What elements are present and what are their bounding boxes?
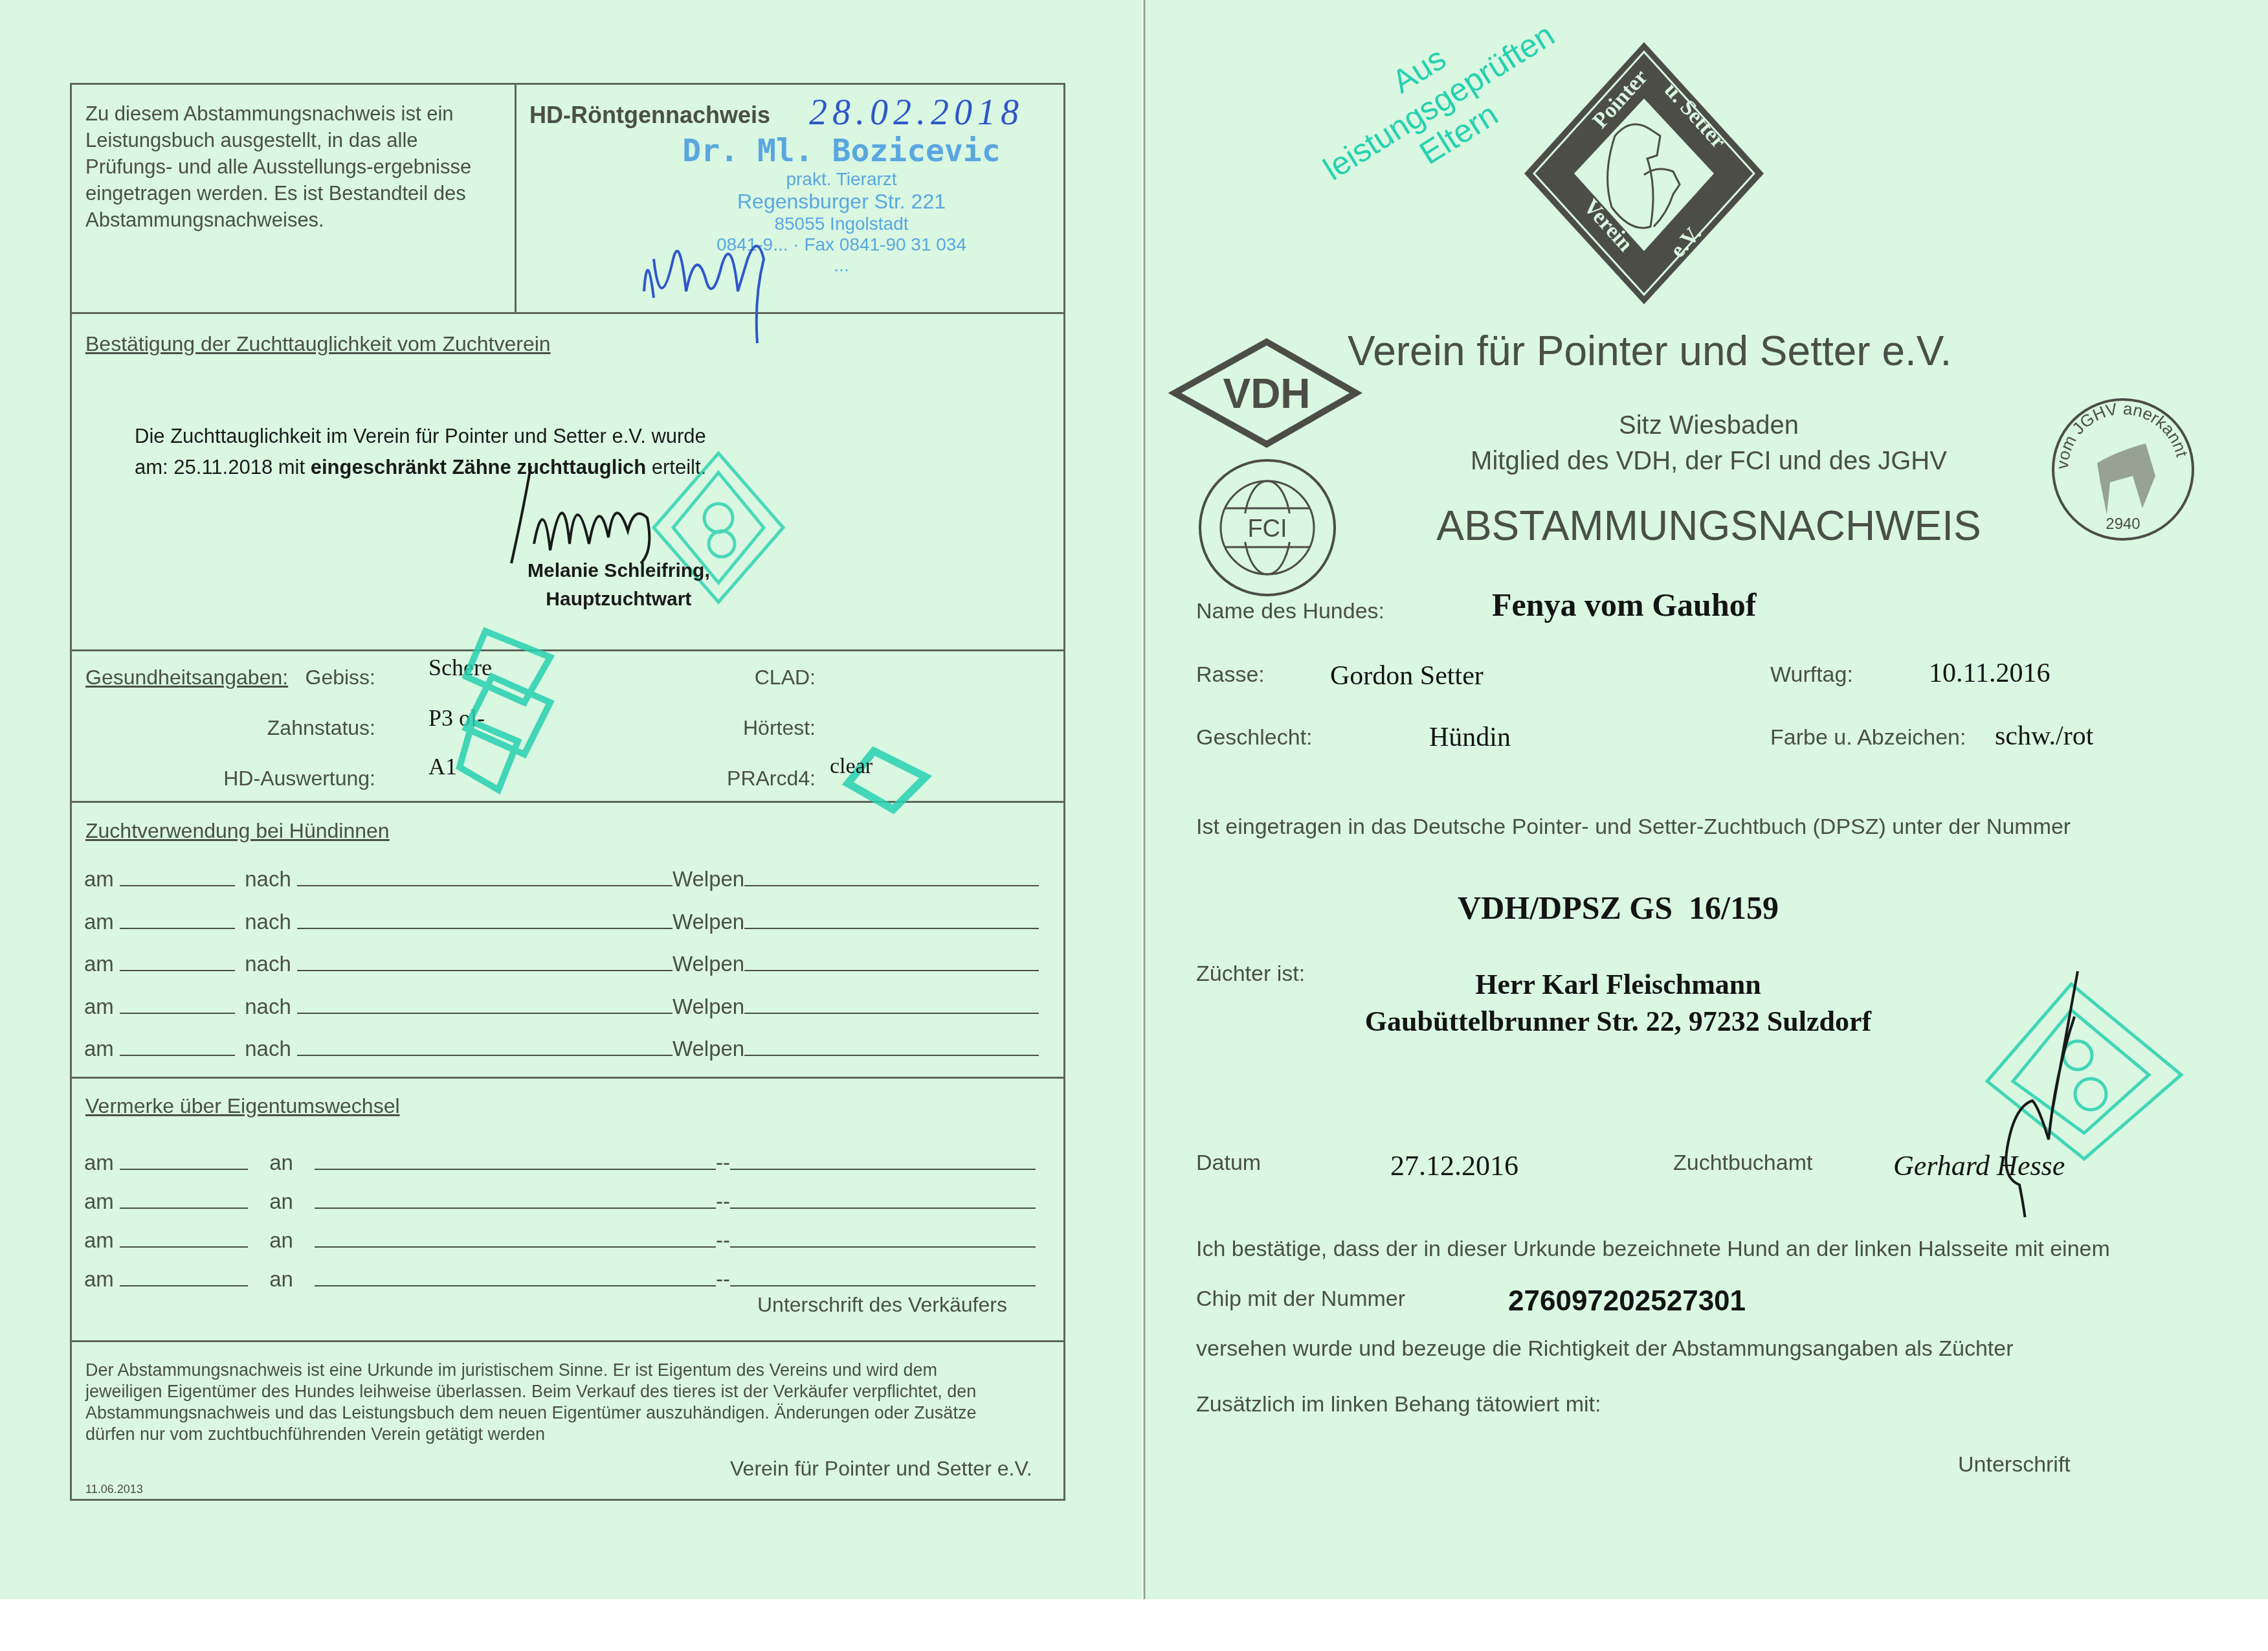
legal-note: Der Abstammungsnachweis ist eine Urkunde… xyxy=(85,1360,976,1445)
ownership-row: am an -- xyxy=(84,1227,1036,1253)
breed-value: Gordon Setter xyxy=(1330,660,1484,691)
divider xyxy=(515,83,517,313)
breeding-use-row: am nach Welpen xyxy=(84,993,1039,1019)
nach-label: nach xyxy=(245,994,291,1018)
health-label-zahnstatus: Zahnstatus: xyxy=(181,716,375,740)
an-label: an xyxy=(269,1267,293,1291)
breed-label: Rasse: xyxy=(1196,662,1265,688)
sire-blank[interactable] xyxy=(297,908,673,929)
hd-label: HD-Röntgennachweis xyxy=(529,102,770,129)
breeding-use-row: am nach Welpen xyxy=(84,866,1039,892)
am-label: am xyxy=(84,1189,114,1213)
separator: -- xyxy=(716,1228,730,1252)
chip-number: 276097202527301 xyxy=(1508,1285,1746,1318)
breeding-signer: Melanie Schleifring, Hauptzuchtwart xyxy=(528,557,710,614)
divider xyxy=(70,1077,1065,1079)
dog-name-label: Name des Hundes: xyxy=(1196,599,1384,624)
signer-role: Hauptzuchtwart xyxy=(528,585,710,614)
seller-signature-label: Unterschrift des Verkäufers xyxy=(757,1293,1007,1317)
club-seat: Sitz Wiesbaden xyxy=(1424,411,1994,440)
nach-label: nach xyxy=(245,910,291,934)
date-blank[interactable] xyxy=(120,1188,248,1209)
health-label-gebiss: Gebiss: xyxy=(181,666,375,690)
seller-signature-blank[interactable] xyxy=(730,1188,1036,1209)
nach-label: nach xyxy=(245,1037,291,1061)
divider xyxy=(70,312,1065,314)
health-label-hoertest: Hörtest: xyxy=(634,716,816,740)
date-blank[interactable] xyxy=(120,908,235,929)
new-owner-blank[interactable] xyxy=(315,1149,716,1170)
legal-line: jeweiligen Eigentümer des Hundes leihwei… xyxy=(85,1381,976,1402)
am-label: am xyxy=(84,1228,114,1252)
confirmation-line: Die Zuchttauglichkeit im Verein für Poin… xyxy=(135,421,706,452)
form-date: 11.06.2013 xyxy=(85,1483,143,1496)
breeding-use-row: am nach Welpen xyxy=(84,908,1039,934)
health-label-hd: HD-Auswertung: xyxy=(181,767,375,791)
am-label: am xyxy=(84,867,114,891)
health-label-clad: CLAD: xyxy=(634,666,816,690)
am-label: am xyxy=(84,994,114,1018)
birth-label: Wurftag: xyxy=(1770,662,1853,688)
an-label: an xyxy=(269,1189,293,1213)
club-name: Verein für Pointer und Setter e.V. xyxy=(1348,327,1951,375)
puppies-blank[interactable] xyxy=(744,908,1039,929)
am-label: am xyxy=(84,910,114,934)
breeding-use-row: am nach Welpen xyxy=(84,1035,1039,1061)
document-title: ABSTAMMUNGSNACHWEIS xyxy=(1385,502,2032,550)
separator: -- xyxy=(716,1151,730,1174)
puppies-blank[interactable] xyxy=(744,866,1039,886)
chip-line3: versehen wurde und bezeuge die Richtigke… xyxy=(1196,1336,2014,1362)
color-label: Farbe u. Abzeichen: xyxy=(1770,725,1966,750)
office-label: Zuchtbuchamt xyxy=(1673,1151,1812,1176)
date-blank[interactable] xyxy=(120,1149,248,1170)
confirmation-date: am: 25.11.2018 mit xyxy=(135,456,311,478)
puppies-blank[interactable] xyxy=(744,950,1039,971)
vdh-logo-icon: VDH xyxy=(1168,337,1362,450)
chip-line1: Ich bestätige, dass der in dieser Urkund… xyxy=(1196,1237,2110,1262)
registry-text: Ist eingetragen in das Deutsche Pointer-… xyxy=(1196,814,2071,840)
seller-signature-blank[interactable] xyxy=(730,1266,1036,1286)
breeder-label: Züchter ist: xyxy=(1196,961,1305,987)
legal-line: Der Abstammungsnachweis ist eine Urkunde… xyxy=(85,1360,976,1381)
legal-line: Abstammungsnachweis und das Leistungsbuc… xyxy=(85,1402,976,1424)
divider xyxy=(70,1340,1065,1342)
ownership-row: am an -- xyxy=(84,1149,1036,1175)
jghv-number: 2940 xyxy=(2106,515,2140,533)
fci-text: FCI xyxy=(1247,515,1287,543)
an-label: an xyxy=(269,1228,293,1252)
color-value: schw./rot xyxy=(1995,721,2093,752)
signature-label: Unterschrift xyxy=(1958,1452,2071,1477)
breeding-use-heading: Zuchtverwendung bei Hündinnen xyxy=(85,819,390,843)
intro-line: Abstammungsnachweises. xyxy=(85,207,471,233)
seller-signature-blank[interactable] xyxy=(730,1149,1036,1170)
breeder-address: Gaubüttelbrunner Str. 22, 97232 Sulzdorf xyxy=(1256,1005,1981,1038)
signer-name: Melanie Schleifring, xyxy=(528,557,710,585)
health-value-prarcd4: clear xyxy=(830,754,873,779)
intro-line: Prüfungs- und alle Ausstellungs-ergebnis… xyxy=(85,153,471,180)
date-blank[interactable] xyxy=(120,1035,235,1056)
nach-label: nach xyxy=(245,867,291,891)
sire-blank[interactable] xyxy=(297,1035,673,1056)
legal-signoff: Verein für Pointer und Setter e.V. xyxy=(730,1457,1032,1481)
intro-text: Zu diesem Abstammungsnachweis ist ein Le… xyxy=(85,100,471,233)
health-label-prarcd4: PRArcd4: xyxy=(634,767,816,791)
puppies-blank[interactable] xyxy=(744,993,1039,1014)
sire-blank[interactable] xyxy=(297,993,673,1014)
club-membership: Mitglied des VDH, der FCI und des JGHV xyxy=(1424,447,1994,476)
seller-signature-blank[interactable] xyxy=(730,1227,1036,1248)
date-value: 27.12.2016 xyxy=(1390,1149,1518,1182)
am-label: am xyxy=(84,1037,114,1061)
date-blank[interactable] xyxy=(120,866,235,886)
date-label: Datum xyxy=(1196,1151,1261,1176)
am-label: am xyxy=(84,1267,114,1291)
welpen-label: Welpen xyxy=(673,867,744,891)
breeder-name: Herr Karl Fleischmann xyxy=(1295,968,1942,1001)
sex-value: Hündin xyxy=(1429,722,1511,753)
date-blank[interactable] xyxy=(120,993,235,1014)
sex-label: Geschlecht: xyxy=(1196,725,1313,750)
vet-stamp-name: Dr. Ml. Bozicevic xyxy=(660,133,1023,169)
new-owner-blank[interactable] xyxy=(315,1227,716,1248)
club-logo-icon: Pointer u. Setter Verein e.V. xyxy=(1521,39,1767,311)
date-blank[interactable] xyxy=(120,1266,248,1286)
separator: -- xyxy=(716,1267,730,1291)
chip-label: Chip mit der Nummer xyxy=(1196,1286,1405,1312)
divider xyxy=(70,649,1065,651)
welpen-label: Welpen xyxy=(673,952,744,976)
vet-signature-icon xyxy=(634,220,803,350)
tattoo-label: Zusätzlich im linken Behang tätowiert mi… xyxy=(1196,1392,1601,1417)
sire-blank[interactable] xyxy=(297,950,673,971)
am-label: am xyxy=(84,1151,114,1174)
vet-stamp-line: Regensburger Str. 221 xyxy=(660,190,1023,214)
nach-label: nach xyxy=(245,952,291,976)
am-label: am xyxy=(84,952,114,976)
puppies-blank[interactable] xyxy=(744,1035,1039,1056)
vet-stamp-line: prakt. Tierarzt xyxy=(660,169,1023,190)
jghv-logo-icon: vom JGHV anerkannt 2940 xyxy=(2036,392,2210,547)
vdh-text: VDH xyxy=(1223,370,1310,417)
legal-line: dürfen nur vom zuchtbuchführenden Verein… xyxy=(85,1424,976,1445)
an-label: an xyxy=(269,1151,293,1174)
registry-number: VDH/DPSZ GS 16/159 xyxy=(1295,889,1942,927)
health-stamp-icon xyxy=(447,625,563,796)
ownership-row: am an -- xyxy=(84,1188,1036,1214)
separator: -- xyxy=(716,1189,730,1213)
welpen-label: Welpen xyxy=(673,1037,744,1061)
intro-line: Leistungsbuch ausgestellt, in das alle xyxy=(85,127,471,153)
welpen-label: Welpen xyxy=(673,994,744,1018)
dog-name: Fenya vom Gauhof xyxy=(1492,586,1756,623)
breeding-confirmation-heading: Bestätigung der Zuchttauglichkeit vom Zu… xyxy=(85,332,551,356)
ownership-heading: Vermerke über Eigentumswechsel xyxy=(85,1094,400,1118)
new-owner-blank[interactable] xyxy=(315,1188,716,1209)
new-owner-blank[interactable] xyxy=(315,1266,716,1286)
intro-line: Zu diesem Abstammungsnachweis ist ein xyxy=(85,100,471,127)
sire-blank[interactable] xyxy=(297,866,673,886)
breeding-use-row: am nach Welpen xyxy=(84,950,1039,976)
office-signer: Gerhard Hesse xyxy=(1893,1149,2065,1182)
ownership-row: am an -- xyxy=(84,1266,1036,1292)
intro-line: eingetragen werden. Es ist Bestandteil d… xyxy=(85,180,471,207)
date-blank[interactable] xyxy=(120,950,235,971)
fci-logo-icon: FCI xyxy=(1196,456,1339,599)
date-blank[interactable] xyxy=(120,1227,248,1248)
welpen-label: Welpen xyxy=(673,910,744,934)
birth-value: 10.11.2016 xyxy=(1929,658,2050,689)
center-fold xyxy=(1142,0,1146,1599)
hd-handwritten-date: 28.02.2018 xyxy=(809,92,1024,133)
